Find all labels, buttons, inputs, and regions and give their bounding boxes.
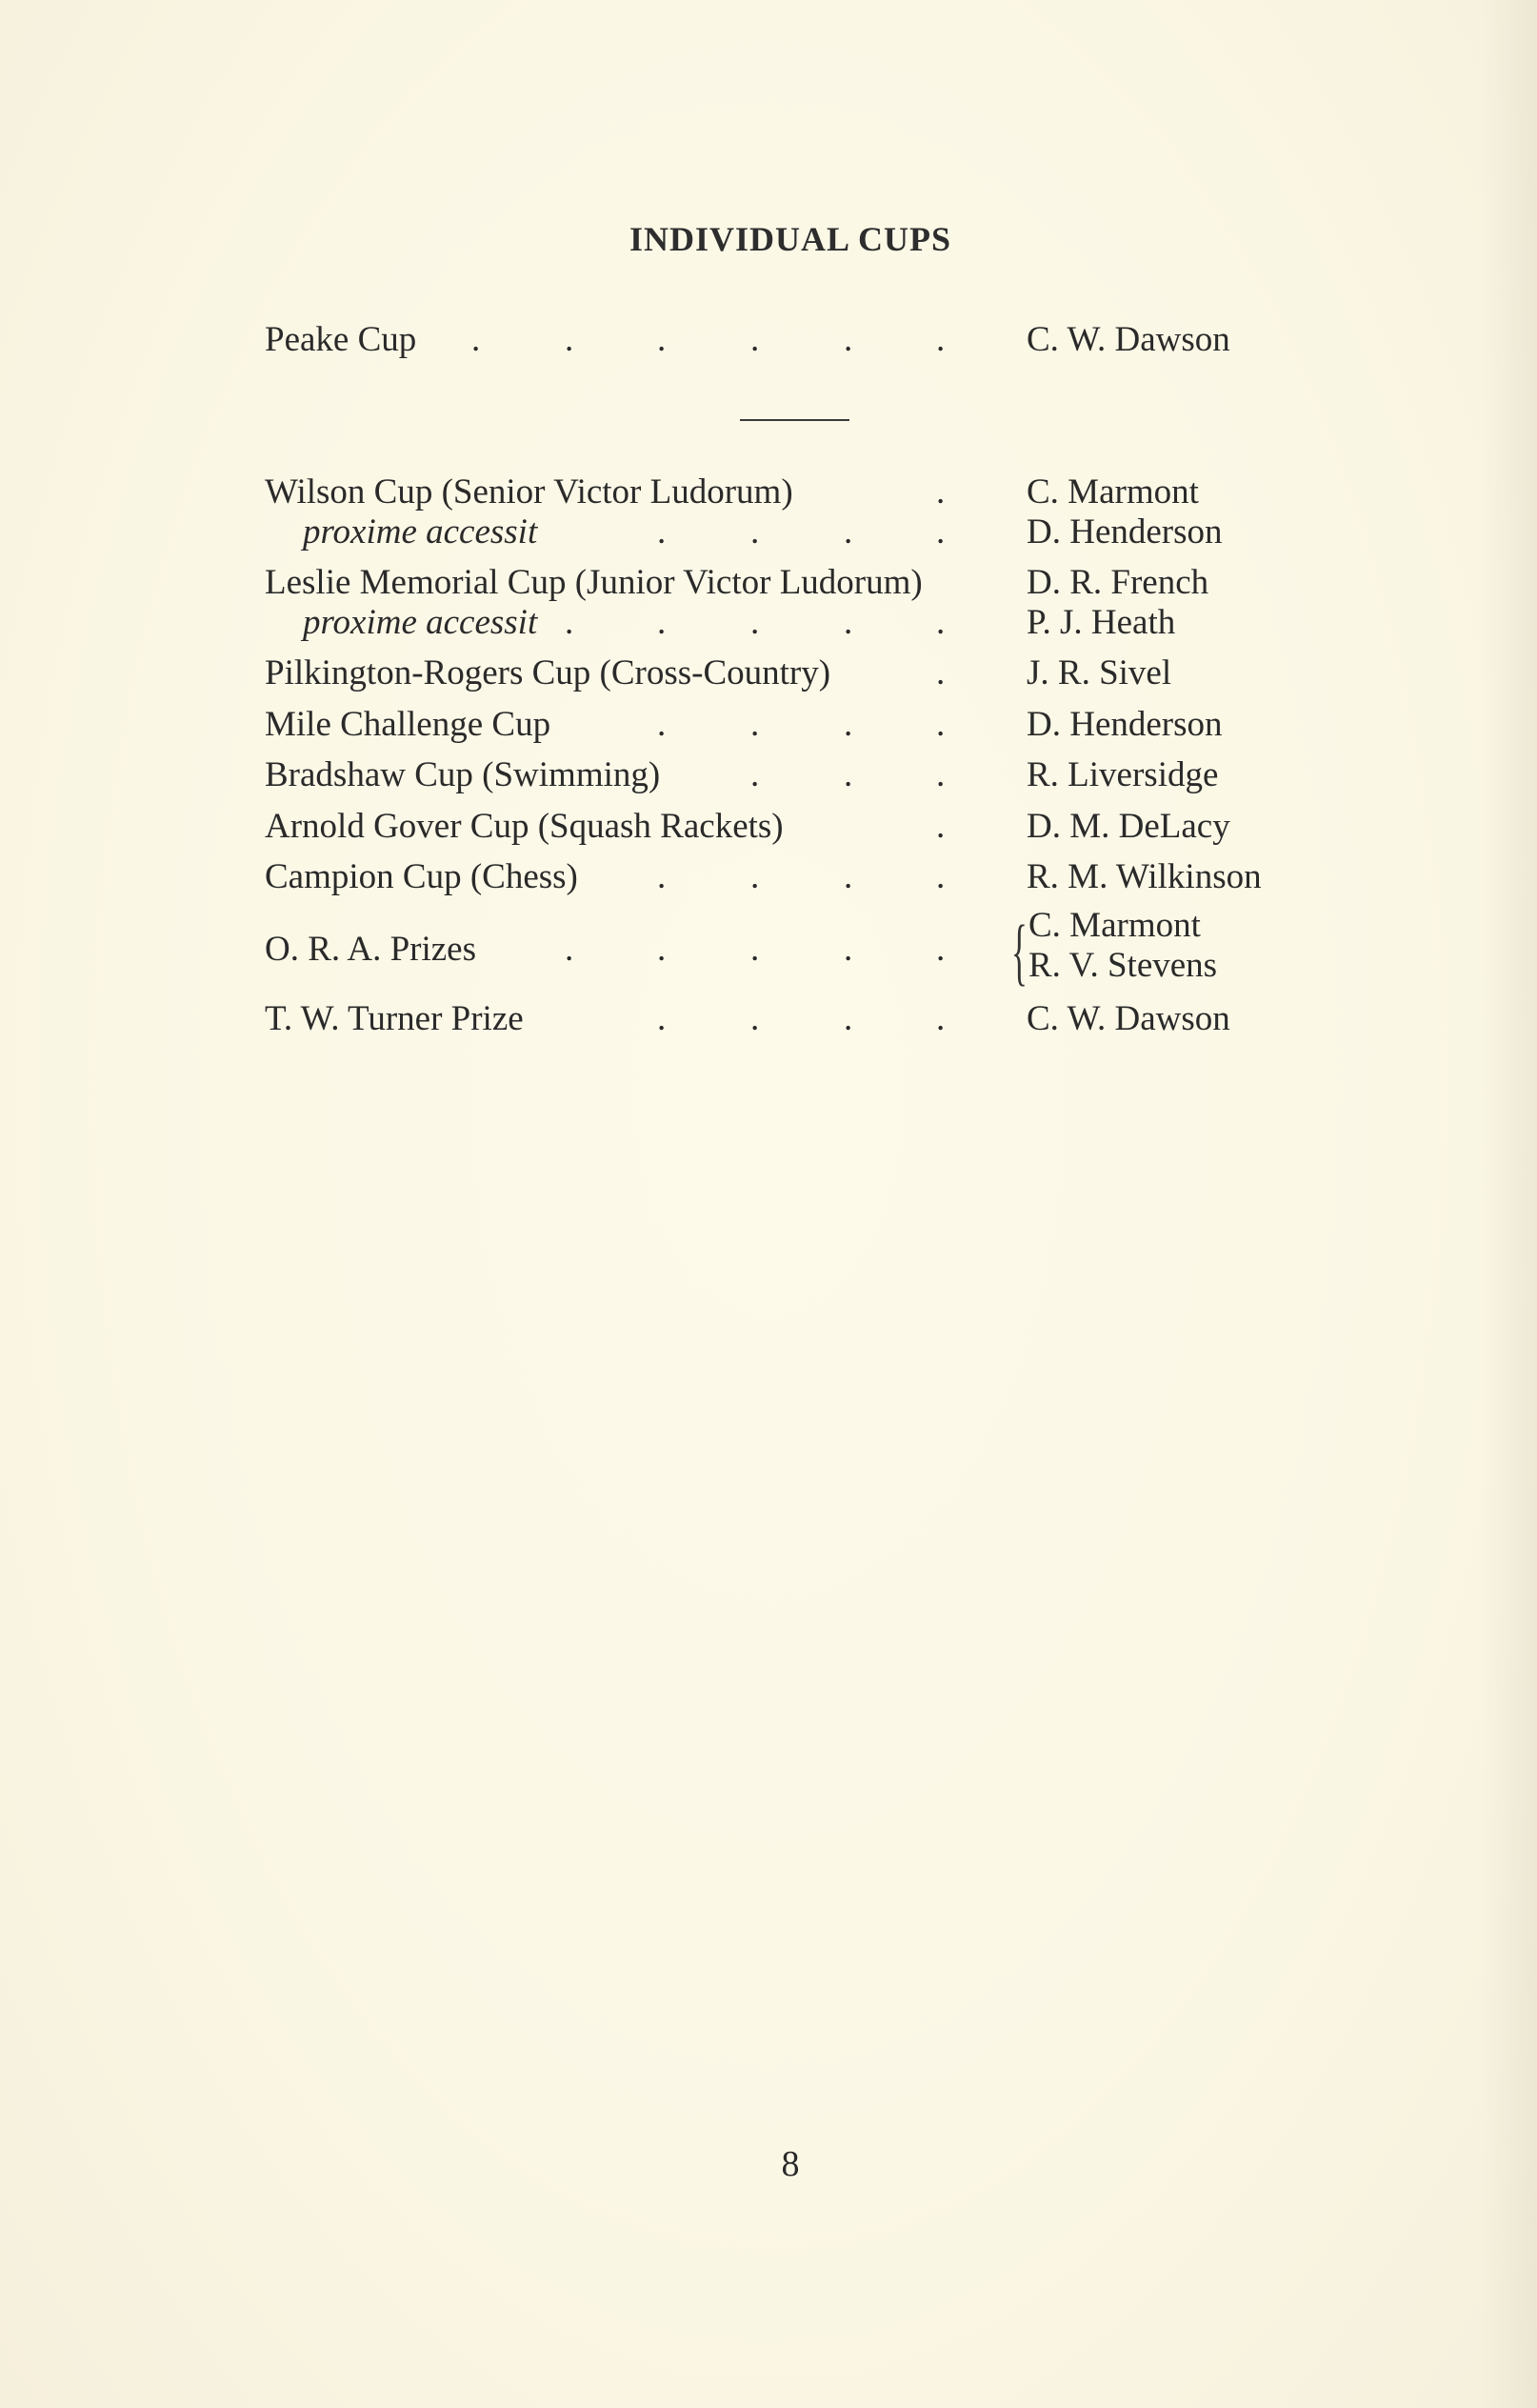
cup-entry: proxime accessit.....P. J. Heath (265, 599, 1312, 647)
dot-leaders: ...... (265, 316, 950, 364)
page-number: 8 (0, 2143, 1537, 2185)
brace-icon: { (1011, 914, 1028, 989)
cup-entry: Campion Cup (Chess)....R. M. Wilkinson (265, 853, 1312, 901)
cup-entry: Pilkington-Rogers Cup (Cross-Country).J.… (265, 650, 1312, 697)
winner-name: P. J. Heath (1027, 599, 1175, 647)
winner-name: C. W. Dawson (1027, 316, 1230, 364)
cup-entry: Arnold Gover Cup (Squash Rackets).D. M. … (265, 803, 1312, 851)
dot-leaders: . (265, 650, 950, 697)
winner-name: D. M. DeLacy (1027, 803, 1230, 851)
cup-entry: Bradshaw Cup (Swimming)...R. Liversidge (265, 752, 1312, 799)
winner-name: D. Henderson (1027, 509, 1223, 556)
winner-name: R. V. Stevens (1028, 942, 1217, 990)
winner-name: C. W. Dawson (1027, 995, 1230, 1043)
winner-name: R. Liversidge (1027, 752, 1218, 799)
winner-name: R. M. Wilkinson (1027, 853, 1262, 901)
dot-leaders: .... (265, 509, 950, 556)
section-divider (740, 419, 849, 421)
page-edge-shadow (1480, 0, 1537, 2408)
cup-entry: Peake Cup......C. W. Dawson (265, 316, 1312, 364)
cup-entry: proxime accessit....D. Henderson (265, 509, 1312, 556)
dot-leaders: .... (265, 853, 950, 901)
cup-entry: O. R. A. Prizes.....C. MarmontR. V. Stev… (265, 926, 1312, 973)
dot-leaders: .... (265, 701, 950, 749)
winner-name: J. R. Sivel (1027, 650, 1171, 697)
page-title: INDIVIDUAL CUPS (0, 219, 1537, 259)
winner-name: D. Henderson (1027, 701, 1223, 749)
dot-leaders: ... (265, 752, 950, 799)
cup-entry: Mile Challenge Cup....D. Henderson (265, 701, 1312, 749)
dot-leaders: ..... (265, 926, 950, 973)
dot-leaders: .... (265, 995, 950, 1043)
dot-leaders: ..... (265, 599, 950, 647)
cup-entry: T. W. Turner Prize....C. W. Dawson (265, 995, 1312, 1043)
dot-leaders: . (265, 803, 950, 851)
